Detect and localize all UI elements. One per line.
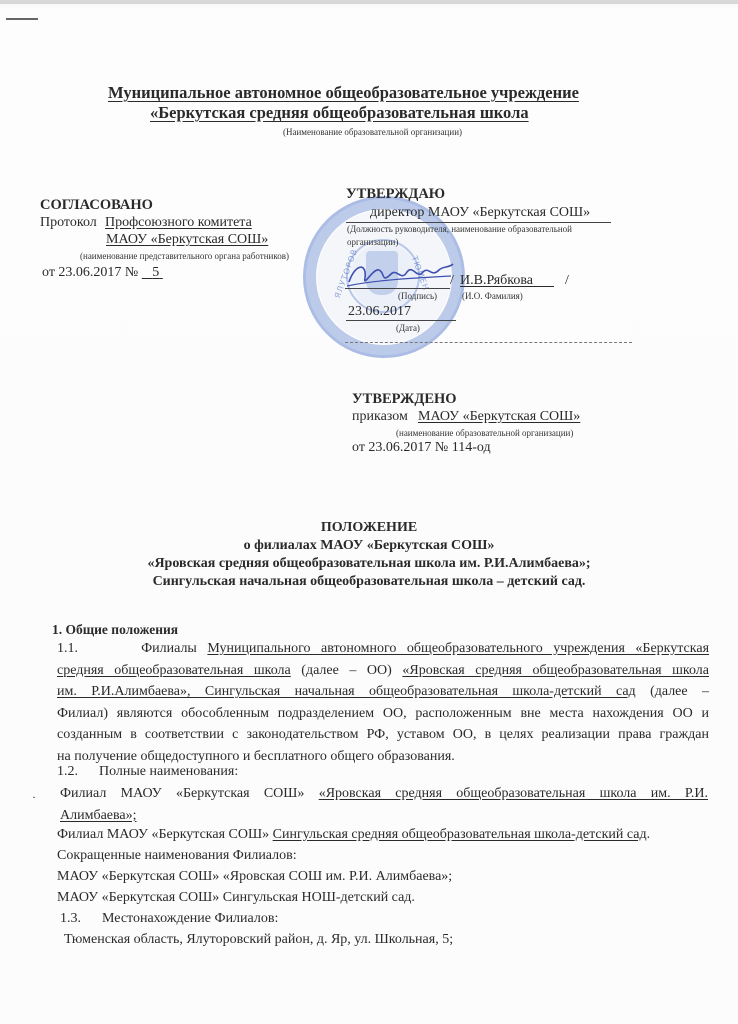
name-caption: (И.О. Фамилия) xyxy=(462,291,523,301)
p12-line2: Алимбаева»; xyxy=(60,805,708,827)
signature-caption: (Подпись) xyxy=(398,291,437,301)
approve-date-underline xyxy=(346,320,456,321)
agreed-date: от 23.06.2017 № 5 xyxy=(42,265,163,281)
agreed-protocol-number: 5 xyxy=(142,265,163,280)
org-header-caption: (Наименование образовательной организаци… xyxy=(283,127,462,137)
approve-date: 23.06.2017 xyxy=(348,304,411,320)
agreed-date-prefix: от 23.06.2017 № xyxy=(42,265,138,280)
short-name-1: МАОУ «Беркутская СОШ» «Яровская СОШ им. … xyxy=(57,869,452,885)
margin-dot: · xyxy=(32,790,36,805)
agreed-protocol-label: Протокол xyxy=(40,215,97,231)
approve-slash-end: / xyxy=(565,273,569,289)
p12-heading: 1.2. Полные наименования: xyxy=(57,764,238,780)
document-page: Муниципальное автономное общеобразовател… xyxy=(0,0,738,1024)
dashed-separator xyxy=(345,342,632,343)
doc-subtitle-1: о филиалах МАОУ «Беркутская СОШ» xyxy=(0,538,738,554)
p12-line3: Филиал МАОУ «Беркутская СОШ» Сингульская… xyxy=(57,827,650,843)
approved-date-line: от 23.06.2017 № 114-од xyxy=(352,440,491,456)
section-heading: 1. Общие положения xyxy=(52,622,178,638)
approved-title: УТВЕРЖДЕНО xyxy=(352,391,457,408)
paragraph-1-2: Филиал МАОУ «Беркутская СОШ» «Яровская с… xyxy=(60,783,708,826)
p11-line4: Филиал) являются обособленным подразделе… xyxy=(57,703,709,725)
approve-position-caption-1: (Должность руководителя, наименование об… xyxy=(347,224,572,234)
approve-slash: / xyxy=(450,273,454,289)
org-header-line1: Муниципальное автономное общеобразовател… xyxy=(108,83,579,103)
paragraph-1-1: 1.1. Филиалы Муниципального автономного … xyxy=(57,638,709,767)
doc-subtitle-2: «Яровская средняя общеобразовательная шк… xyxy=(0,556,738,572)
approved-org: МАОУ «Беркутская СОШ» xyxy=(418,409,580,425)
agreed-title: СОГЛАСОВАНО xyxy=(40,197,153,214)
short-names-label: Сокращенные наименования Филиалов: xyxy=(57,848,297,864)
doc-title: ПОЛОЖЕНИЕ xyxy=(0,520,738,536)
approve-position-underline xyxy=(346,222,611,223)
p11-number: 1.1. xyxy=(57,641,78,656)
signature-underline xyxy=(345,288,450,289)
agreed-body-line2: МАОУ «Беркутская СОШ» xyxy=(106,232,268,248)
approved-caption: (наименование образовательной организаци… xyxy=(396,428,573,438)
p11-line2: средняя общеобразовательная школа (далее… xyxy=(57,660,709,682)
p11-line3: им. Р.И.Алимбаева», Сингульская начальна… xyxy=(57,681,709,703)
address-1: Тюменская область, Ялуторовский район, д… xyxy=(64,932,453,948)
agreed-body-line1: Профсоюзного комитета xyxy=(105,215,252,231)
p11-line1: 1.1. Филиалы Муниципального автономного … xyxy=(57,638,709,660)
approve-position-caption-2: организации) xyxy=(347,237,398,247)
p11-line5: созданным в соответствии с законодательс… xyxy=(57,724,709,746)
p13-heading: 1.3. Местонахождение Филиалов: xyxy=(60,911,278,927)
short-name-2: МАОУ «Беркутская СОШ» Сингульская НОШ-де… xyxy=(57,890,415,906)
date-caption: (Дата) xyxy=(396,323,420,333)
doc-subtitle-3: Сингульская начальная общеобразовательна… xyxy=(0,574,738,590)
p12-line1: Филиал МАОУ «Беркутская СОШ» «Яровская с… xyxy=(60,783,708,805)
approve-title: УТВЕРЖДАЮ xyxy=(346,186,445,203)
approved-order-label: приказом xyxy=(352,409,408,425)
agreed-caption: (наименование представительного органа р… xyxy=(80,251,289,261)
scan-edge-shadow xyxy=(0,0,738,4)
approve-position: директор МАОУ «Беркутская СОШ» xyxy=(370,205,590,221)
org-header-line2: «Беркутская средняя общеобразовательная … xyxy=(150,103,529,123)
scan-corner-mark xyxy=(6,18,38,20)
approve-name: И.В.Рябкова xyxy=(460,273,554,289)
